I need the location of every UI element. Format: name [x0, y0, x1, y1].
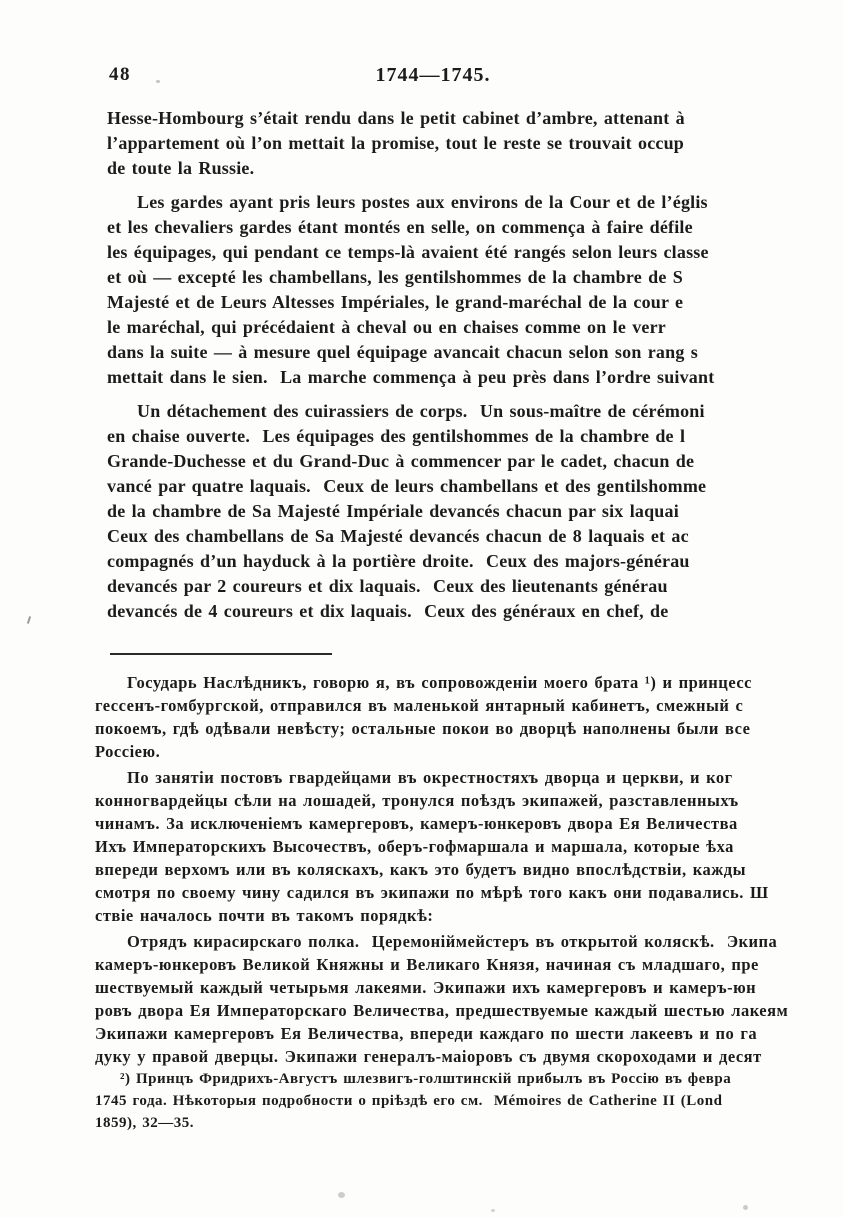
text-line: le maréchal, qui précédaient à cheval ou… [107, 315, 807, 340]
paragraph: Государь Наслѣдникъ, говорю я, въ сопров… [95, 671, 815, 763]
text-line: devancés par 2 coureurs et dix laquais. … [107, 574, 807, 599]
footnote-separator-rule [110, 653, 332, 655]
scanned-book-page: 48 1744—1745. Hesse-Hombourg s’était ren… [0, 0, 843, 1218]
paragraph: ²) Принцъ Фридрихъ-Августъ шлезвигъ-голш… [95, 1068, 815, 1134]
text-line: devancés de 4 coureurs et dix laquais. C… [107, 599, 807, 624]
text-line: Государь Наслѣдникъ, говорю я, въ сопров… [95, 671, 815, 694]
text-line: Les gardes ayant pris leurs postes aux e… [107, 190, 807, 215]
text-line: Ихъ Императорскихъ Высочествъ, оберъ-гоф… [95, 835, 815, 858]
text-line: de la chambre de Sa Majesté Impériale de… [107, 499, 807, 524]
text-line: mettait dans le sien. La marche commença… [107, 365, 807, 390]
text-line: смотря по своему чину садился въ экипажи… [95, 881, 815, 904]
text-line: чинамъ. За исключеніемъ камергеровъ, кам… [95, 812, 815, 835]
scan-artifact [491, 1209, 495, 1212]
text-line: Hesse-Hombourg s’était rendu dans le pet… [107, 106, 807, 131]
text-line: 1859), 32—35. [95, 1112, 815, 1134]
text-line: l’appartement où l’on mettait la promise… [107, 131, 807, 156]
text-line: камеръ-юнкеровъ Великой Княжны и Великаг… [95, 953, 815, 976]
text-line: конногвардейцы сѣли на лошадей, тронулся… [95, 789, 815, 812]
page-header: 48 1744—1745. [107, 64, 759, 90]
text-line: Un détachement des cuirassiers de corps.… [107, 399, 807, 424]
text-line: дуку у правой дверцы. Экипажи генералъ-м… [95, 1045, 815, 1068]
text-line: шествуемый каждый четырьмя лакеями. Экип… [95, 976, 815, 999]
footnote-citation: ²) Принцъ Фридрихъ-Августъ шлезвигъ-голш… [95, 1068, 815, 1134]
text-line: Отрядъ кирасирскаго полка. Церемоніймейс… [95, 930, 815, 953]
scan-artifact [27, 616, 31, 624]
paragraph: Отрядъ кирасирскаго полка. Церемоніймейс… [95, 930, 815, 1068]
text-line: 1745 года. Нѣкоторыя подробности о пріѣз… [95, 1090, 815, 1112]
text-line: По занятіи постовъ гвардейцами въ окрест… [95, 766, 815, 789]
text-line: Majesté et de Leurs Altesses Impériales,… [107, 290, 807, 315]
text-line: гессенъ-гомбургской, отправился въ мален… [95, 694, 815, 717]
text-line: Grande-Duchesse et du Grand-Duc à commen… [107, 449, 807, 474]
text-line: les équipages, qui pendant ce temps-là a… [107, 240, 807, 265]
text-line: et où — excepté les chambellans, les gen… [107, 265, 807, 290]
footnote-text-russian: Государь Наслѣдникъ, говорю я, въ сопров… [95, 671, 815, 1068]
text-line: et les chevaliers gardes étant montés en… [107, 215, 807, 240]
text-line: Ceux des chambellans de Sa Majesté devan… [107, 524, 807, 549]
running-title: 1744—1745. [107, 64, 759, 87]
text-line: впереди верхомъ или въ коляскахъ, какъ э… [95, 858, 815, 881]
paragraph: Un détachement des cuirassiers de corps.… [107, 399, 807, 624]
text-line: de toute la Russie. [107, 156, 807, 181]
scan-artifact [338, 1192, 345, 1198]
text-line: Экипажи камергеровъ Ея Величества, впере… [95, 1022, 815, 1045]
paragraph: Les gardes ayant pris leurs postes aux e… [107, 190, 807, 390]
text-line: ровъ двора Ея Императорскаго Величества,… [95, 999, 815, 1022]
scan-artifact [743, 1205, 748, 1210]
text-line: en chaise ouverte. Les équipages des gen… [107, 424, 807, 449]
main-text-french: Hesse-Hombourg s’était rendu dans le pet… [107, 106, 807, 624]
paragraph: По занятіи постовъ гвардейцами въ окрест… [95, 766, 815, 927]
text-line: dans la suite — à mesure quel équipage a… [107, 340, 807, 365]
text-line: compagnés d’un hayduck à la portière dro… [107, 549, 807, 574]
scan-artifact [156, 80, 160, 83]
text-line: Россіею. [95, 740, 815, 763]
text-line: vancé par quatre laquais. Ceux de leurs … [107, 474, 807, 499]
text-line: ствіе началось почти въ такомъ порядкѣ: [95, 904, 815, 927]
text-line: ²) Принцъ Фридрихъ-Августъ шлезвигъ-голш… [95, 1068, 815, 1090]
paragraph: Hesse-Hombourg s’était rendu dans le pet… [107, 106, 807, 181]
text-line: покоемъ, гдѣ одѣвали невѣсту; остальные … [95, 717, 815, 740]
